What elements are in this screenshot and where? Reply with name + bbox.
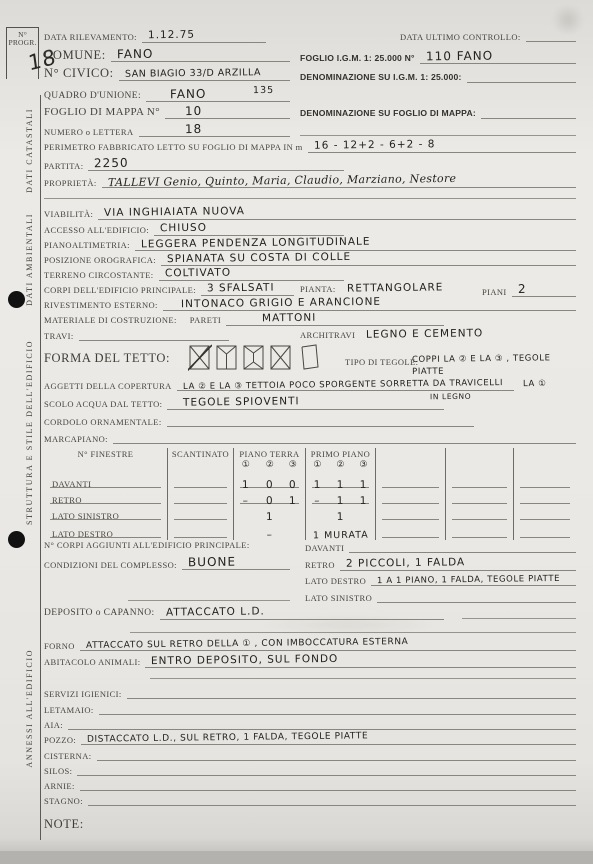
field-partita: PARTITA: 2250 xyxy=(44,157,344,171)
field-value: RETTANGOLARE xyxy=(347,282,444,294)
field-label: DENOMINAZIONE SU FOGLIO DI MAPPA: xyxy=(300,109,481,119)
murata-note: 1 MURATA xyxy=(313,530,369,540)
field-value: 2 xyxy=(518,283,527,295)
field-label: DATA RILEVAMENTO: xyxy=(44,33,142,43)
field-label: LETAMAIO: xyxy=(44,706,99,716)
field-label: ARNIE: xyxy=(44,782,80,792)
field-label: DAVANTI xyxy=(305,544,349,554)
sidebar-section-annessi: ANNESSI ALL'EDIFICIO xyxy=(22,622,36,794)
field-label: CONDIZIONI DEL COMPLESSO: xyxy=(44,561,182,571)
field-label: AIA: xyxy=(44,721,68,731)
field-numero-lettera: NUMERO o LETTERA 18 xyxy=(44,123,290,137)
field-label: FOGLIO I.G.M. 1: 25.000 N° xyxy=(300,54,420,64)
sidebar-rule xyxy=(40,95,41,840)
field-label: FOGLIO DI MAPPA N° xyxy=(44,107,165,119)
field-label: FORNO xyxy=(44,642,80,652)
field-value: 2250 xyxy=(94,157,129,169)
field-label: QUADRO D'UNIONE: xyxy=(44,92,146,103)
field-corpi-aggiunti: N° CORPI AGGIUNTI ALL'EDIFICIO PRINCIPAL… xyxy=(44,541,294,551)
field-foglio-mappa: FOGLIO DI MAPPA N° 10 xyxy=(44,105,290,119)
field-arnie: ARNIE: xyxy=(44,779,576,791)
field-label: TRAVI: xyxy=(44,332,79,342)
field-pianoaltimetria: PIANOALTIMETRIA: LEGGERA PENDENZA LONGIT… xyxy=(44,238,576,251)
field-scolo-acqua: SCOLO ACQUA DAL TETTO: TEGOLE SPIOVENTI xyxy=(44,397,444,410)
field-value: ATTACCATO SUL RETRO DELLA ① , CON IMBOCC… xyxy=(86,638,409,651)
field-label: N° CIVICO: xyxy=(44,67,119,81)
field-pianta: PIANTA: RETTANGOLARE xyxy=(300,283,475,295)
field-viabilita: VIABILITÀ: VIA INGHIAIATA NUOVA xyxy=(44,207,576,220)
header-n-finestre: N° FINESTRE xyxy=(44,448,167,474)
field-posizione-orografica: POSIZIONE OROGRAFICA: SPIANATA SU COSTA … xyxy=(44,253,576,266)
header-empty xyxy=(445,448,513,474)
pavilion-roof-icon xyxy=(269,344,293,372)
field-piani: PIANI 2 xyxy=(482,283,576,297)
field-label: CORPI DELL'EDIFICIO PRINCIPALE: xyxy=(44,286,201,296)
field-stagno: STAGNO: xyxy=(44,794,576,806)
blank-line xyxy=(128,600,290,601)
field-label: PIANOALTIMETRIA: xyxy=(44,241,135,251)
field-label: AGGETTI DELLA COPERTURA xyxy=(44,382,177,392)
field-label: ARCHITRAVI xyxy=(300,331,360,341)
field-accesso: ACCESSO ALL'EDIFICIO: CHIUSO xyxy=(44,223,344,236)
field-value: TEGOLE SPIOVENTI xyxy=(183,396,300,408)
header-primo-piano: PRIMO PIANO ①②③ xyxy=(305,448,375,474)
field-label: VIABILITÀ: xyxy=(44,210,98,220)
field-data-ultimo-controllo: DATA ULTIMO CONTROLLO: xyxy=(400,30,576,42)
field-corpi-edificio: CORPI DELL'EDIFICIO PRINCIPALE: 3 SFALSA… xyxy=(44,283,294,296)
header-empty xyxy=(375,448,445,474)
field-quadro-unione: QUADRO D'UNIONE: FANO xyxy=(44,88,290,102)
scanned-survey-form: DATI CATASTALI DATI AMBIENTALI STRUTTURA… xyxy=(0,0,593,864)
field-label: NUMERO o LETTERA xyxy=(44,128,139,138)
field-condizioni: CONDIZIONI DEL COMPLESSO: BUONE xyxy=(44,556,290,570)
field-label: DATA ULTIMO CONTROLLO: xyxy=(400,33,526,43)
field-value: VIA INGHIAIATA NUOVA xyxy=(104,206,245,218)
field-value: INTONACO GRIGIO E ARANCIONE xyxy=(181,297,381,310)
field-cisterna: CISTERNA: xyxy=(44,749,576,761)
field-aggetti-copertura: AGGETTI DELLA COPERTURA LA ② E LA ③ TETT… xyxy=(44,379,514,391)
field-label: TERRENO CIRCOSTANTE: xyxy=(44,271,159,281)
field-tipo-tegole-label: TIPO DI TEGOLE: xyxy=(345,358,418,367)
field-foglio-igm: FOGLIO I.G.M. 1: 25.000 N° 110 FANO xyxy=(300,50,576,64)
field-perimetro: PERIMETRO FABBRICATO LETTO SU FOGLIO DI … xyxy=(44,140,576,153)
field-deposito: DEPOSITO o CAPANNO: ATTACCATO L.D. xyxy=(44,607,444,620)
sidebar-section-dati-catastali: DATI CATASTALI xyxy=(22,95,36,205)
field-value: COLTIVATO xyxy=(165,268,231,279)
field-label: STAGNO: xyxy=(44,797,88,807)
header-scantinato: SCANTINATO xyxy=(167,448,233,474)
field-aggiunti-davanti: DAVANTI xyxy=(305,541,576,553)
field-n-civico: N° CIVICO: SAN BIAGIO 33/D ARZILLA xyxy=(44,67,290,81)
field-aggiunti-lato-destro: LATO DESTRO 1 A 1 PIANO, 1 FALDA, TEGOLE… xyxy=(305,574,576,586)
field-label: RETRO xyxy=(305,561,340,571)
field-label: CORDOLO ORNAMENTALE: xyxy=(44,418,167,428)
field-value: 1 A 1 PIANO, 1 FALDA, TEGOLE PIATTE xyxy=(377,574,560,585)
field-proprieta: PROPRIETÀ: TALLEVI Genio, Quinto, Maria,… xyxy=(44,175,576,188)
field-architravi: ARCHITRAVI LEGNO E CEMENTO xyxy=(300,329,576,341)
field-value: LEGNO E CEMENTO xyxy=(366,328,483,340)
field-sublabel-pareti: PARETI xyxy=(182,316,226,326)
field-aggiunti-lato-sinistro: LATO SINISTRO xyxy=(305,591,576,603)
field-label: DEPOSITO o CAPANNO: xyxy=(44,609,160,620)
field-marcapiano: MARCAPIANO: xyxy=(44,432,576,444)
field-label: SILOS: xyxy=(44,767,77,777)
field-value: 10 xyxy=(185,105,202,117)
roof-form-icons xyxy=(188,344,320,372)
field-label: SERVIZI IGIENICI: xyxy=(44,690,127,700)
field-label: POZZO: xyxy=(44,736,81,746)
progr-label-line2: PROGR. xyxy=(7,39,38,47)
field-value: 110 FANO xyxy=(426,50,493,63)
field-label: PERIMETRO FABBRICATO LETTO SU FOGLIO DI … xyxy=(44,143,308,153)
field-label: MARCAPIANO: xyxy=(44,435,113,445)
field-label: COMUNE: xyxy=(44,49,111,63)
field-value: CHIUSO xyxy=(160,223,207,234)
field-abitacolo-animali: ABITACOLO ANIMALI: ENTRO DEPOSITO, SUL F… xyxy=(44,655,576,668)
field-value: LA ② E LA ③ TETTOIA POCO SPORGENTE SORRE… xyxy=(183,379,503,391)
field-aggiunti-retro: RETRO 2 PICCOLI, 1 FALDA xyxy=(305,558,576,571)
field-tipo-tegole-value: COPPI LA ② E LA ③ , TEGOLE PIATTE xyxy=(412,353,577,379)
table-row-lato-sinistro: LATO SINISTRO 1 1 xyxy=(44,506,576,522)
field-comune: COMUNE: FANO xyxy=(44,48,290,62)
field-data-rilevamento: DATA RILEVAMENTO: 1.12.75 xyxy=(44,30,266,43)
field-materiale-costruzione: MATERIALE DI COSTRUZIONE: PARETI MATTONI xyxy=(44,313,444,326)
field-denominazione-igm: DENOMINAZIONE SU I.G.M. 1: 25.000: xyxy=(300,71,576,83)
field-label: LATO SINISTRO xyxy=(305,594,377,604)
field-pozzo: POZZO: DISTACCATO L.D., SUL RETRO, 1 FAL… xyxy=(44,733,576,745)
shed-roof-icon xyxy=(296,344,320,372)
blank-line xyxy=(300,135,576,136)
field-value: MATTONI xyxy=(262,313,316,324)
field-tipo-tegole-value2: LA ① xyxy=(523,380,547,389)
field-aia: AIA: xyxy=(44,718,576,730)
field-label: PARTITA: xyxy=(44,162,88,172)
field-value: SAN BIAGIO 33/D ARZILLA xyxy=(125,68,261,79)
field-value: 16 - 12+2 - 6+2 - 8 xyxy=(314,139,436,151)
crossed-hip-roof-icon xyxy=(188,344,212,372)
table-row-lato-destro: LATO DESTRO – 1 MURATA xyxy=(44,522,576,540)
finestre-table-header: N° FINESTRE SCANTINATO PIANO TERRA ①②③ P… xyxy=(44,448,576,474)
field-value: ENTRO DEPOSITO, SUL FONDO xyxy=(151,654,338,667)
field-label: MATERIALE DI COSTRUZIONE: xyxy=(44,316,182,326)
field-value: 3 SFALSATI xyxy=(207,283,275,294)
field-rivestimento: RIVESTIMENTO ESTERNO: INTONACO GRIGIO E … xyxy=(44,298,576,311)
field-travi: TRAVI: xyxy=(44,329,229,341)
field-label: ACCESSO ALL'EDIFICIO: xyxy=(44,226,154,236)
field-value: SPIANATA SU COSTA DI COLLE xyxy=(167,252,351,265)
field-label: PIANI xyxy=(482,288,512,298)
field-terreno: TERRENO CIRCOSTANTE: COLTIVATO xyxy=(44,268,344,281)
field-label: RIVESTIMENTO ESTERNO: xyxy=(44,301,163,311)
field-label: DENOMINAZIONE SU I.G.M. 1: 25.000: xyxy=(300,73,467,83)
field-cordolo: CORDOLO ORNAMENTALE: xyxy=(44,415,474,427)
field-label: PROPRIETÀ: xyxy=(44,179,102,189)
field-value: 18 xyxy=(184,123,201,135)
field-value: 1.12.75 xyxy=(148,30,195,41)
gable-roof-icon xyxy=(215,344,239,372)
ridge-roof-icon xyxy=(242,344,266,372)
field-forno: FORNO ATTACCATO SUL RETRO DELLA ① , CON … xyxy=(44,639,576,651)
field-label: POSIZIONE OROGRAFICA: xyxy=(44,256,161,266)
blank-line xyxy=(130,632,576,633)
field-forma-tetto-label: FORMA DEL TETTO: xyxy=(44,352,170,365)
field-label: ABITACOLO ANIMALI: xyxy=(44,658,145,668)
finestre-table: N° FINESTRE SCANTINATO PIANO TERRA ①②③ P… xyxy=(44,448,576,540)
field-label: CISTERNA: xyxy=(44,752,97,762)
field-value: FANO xyxy=(117,48,154,60)
field-denominazione-mappa: DENOMINAZIONE SU FOGLIO DI MAPPA: xyxy=(300,107,576,119)
field-label: N° CORPI AGGIUNTI ALL'EDIFICIO PRINCIPAL… xyxy=(44,541,255,551)
field-value: ATTACCATO L.D. xyxy=(165,606,264,618)
field-value: TALLEVI Genio, Quinto, Maria, Claudio, M… xyxy=(108,173,456,188)
table-row-retro: RETRO –01 –11 xyxy=(44,490,576,506)
section-divider xyxy=(44,198,576,199)
field-value: FANO xyxy=(170,88,207,100)
sidebar-section-dati-ambientali: DATI AMBIENTALI xyxy=(22,203,36,315)
field-servizi-igienici: SERVIZI IGIENICI: xyxy=(44,687,576,699)
field-label: PIANTA: xyxy=(300,285,341,295)
scan-edge xyxy=(0,851,593,864)
field-label: SCOLO ACQUA DAL TETTO: xyxy=(44,400,167,410)
blank-line xyxy=(150,678,576,679)
field-value: 2 PICCOLI, 1 FALDA xyxy=(346,557,465,569)
field-silos: SILOS: xyxy=(44,764,576,776)
field-label: LATO DESTRO xyxy=(305,577,371,587)
sidebar-section-struttura-stile: STRUTTURA E STILE DELL'EDIFICIO xyxy=(22,327,36,539)
blank-line xyxy=(462,618,576,619)
field-value: LEGGERA PENDENZA LONGITUDINALE xyxy=(141,237,371,250)
header-empty xyxy=(513,448,576,474)
table-row-davanti: DAVANTI 100 111 xyxy=(44,474,576,490)
field-letamaio: LETAMAIO: xyxy=(44,703,576,715)
field-value: BUONE xyxy=(188,556,236,569)
field-value: DISTACCATO L.D., SUL RETRO, 1 FALDA, TEG… xyxy=(87,732,368,744)
field-note-label: NOTE: xyxy=(44,818,84,831)
header-piano-terra: PIANO TERRA ①②③ xyxy=(233,448,305,474)
